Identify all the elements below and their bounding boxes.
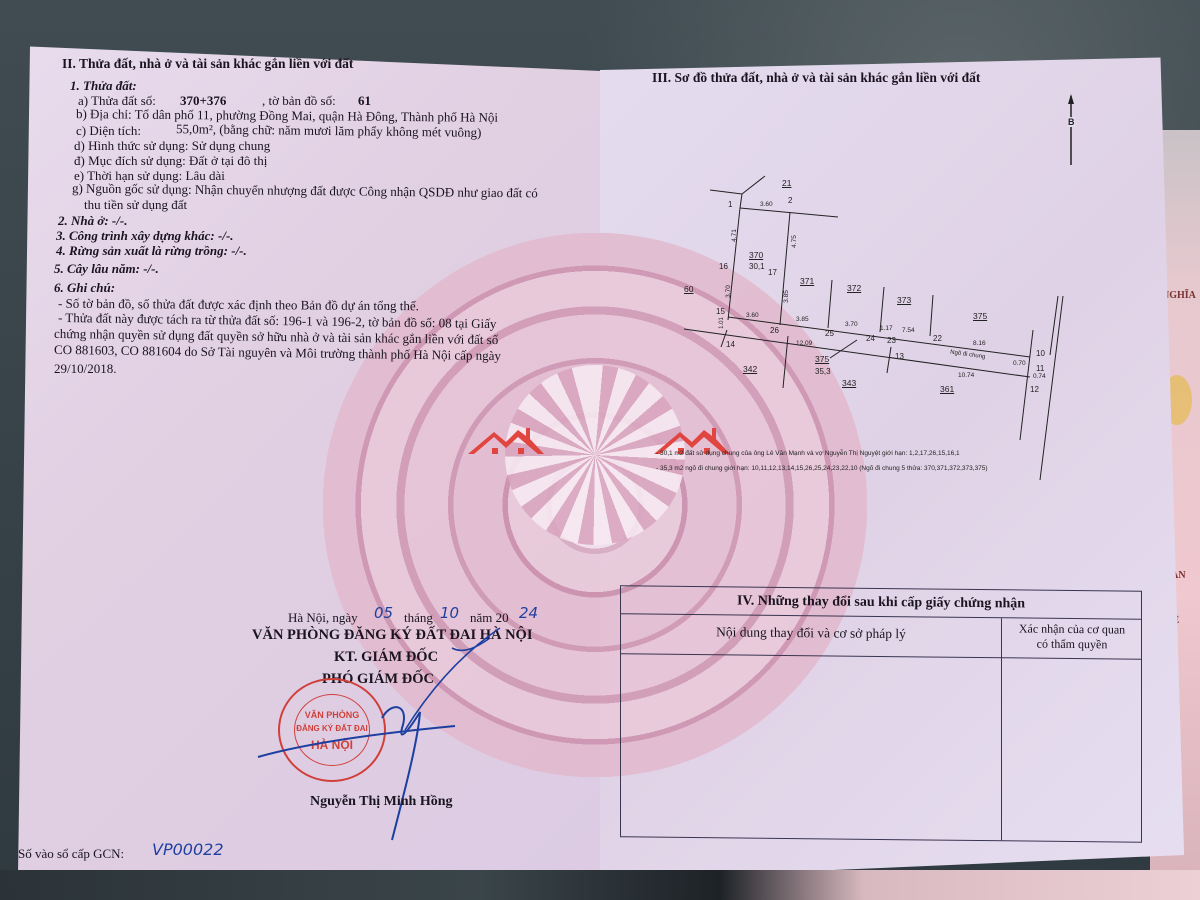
date-year: 24 [519, 606, 538, 621]
stamp-line: VĂN PHÒNG [280, 710, 384, 720]
parcel-heading: 1. Thửa đất: [70, 78, 137, 93]
stamp-line: ĐĂNG KÝ ĐẤT ĐAI [280, 724, 384, 733]
point-label: 10 [1036, 349, 1045, 358]
point-label: 22 [933, 334, 942, 343]
column-header-changes: Nội dung thay đổi và cơ sở pháp lý [621, 623, 1001, 643]
issuing-office: VĂN PHÒNG ĐĂNG KÝ ĐẤT ĐAI HÀ NỘI [252, 628, 532, 643]
dimension-label: 3.60 [746, 312, 759, 319]
kt-director: KT. GIÁM ĐỐC [334, 650, 438, 665]
dimension-label: 8.16 [973, 340, 986, 347]
point-label: 16 [719, 262, 728, 271]
parcel-label: 375 [973, 311, 987, 321]
dimension-label: 3.85 [796, 316, 809, 323]
parcel-label: 21 [782, 178, 791, 188]
parcel-area: 30,1 [749, 262, 765, 271]
dimension-label: 7.54 [902, 327, 915, 334]
point-label: 12 [1030, 385, 1039, 394]
diagram-note: - 35,3 m2 ngõ đi chung giới hạn: 10,11,1… [656, 465, 988, 472]
changes-table-header-row: Nội dung thay đổi và cơ sở pháp lý Xác n… [621, 614, 1141, 659]
dimension-label: 3.85 [783, 290, 790, 303]
date-day: 05 [374, 606, 393, 621]
dimension-label: 10.74 [958, 372, 974, 379]
registry-number: VP00022 [152, 842, 224, 857]
dimension-label: 1.01 [719, 317, 725, 329]
dimension-label: 0.70 [1013, 360, 1026, 367]
column-header-line: Xác nhận của cơ quan [1003, 621, 1141, 637]
parcel-label: 372 [847, 283, 861, 293]
point-label: 2 [788, 196, 792, 205]
other-construction-item: 3. Công trình xây dựng khác: -/-. [56, 228, 234, 243]
usage-form: d) Hình thức sử dụng: Sử dụng chung [74, 138, 270, 153]
dimension-label: 4.75 [791, 235, 798, 248]
date-prefix: Hà Nội, ngày [288, 610, 358, 625]
north-label: B [1068, 117, 1075, 127]
forest-item: 4. Rừng sản xuất là rừng trồng: -/-. [56, 243, 247, 258]
section-iii-title: III. Sơ đồ thửa đất, nhà ở và tài sản kh… [652, 70, 980, 85]
dimension-label: 4.71 [731, 229, 738, 242]
parcel-label: 373 [897, 295, 911, 305]
parcel-label: 342 [743, 364, 757, 374]
parcel-label: 375 [815, 354, 829, 364]
usage-origin-cont: thu tiền sử dụng đất [84, 197, 187, 212]
point-label: 13 [895, 352, 904, 361]
column-header-confirmation: Xác nhận của cơ quan có thẩm quyền [1003, 621, 1141, 652]
parcel-label: 361 [940, 384, 954, 394]
dimension-label: 3.60 [760, 201, 773, 208]
parcel-label: 60 [684, 284, 693, 294]
parcel-label: 343 [842, 378, 856, 388]
point-label: 1 [728, 200, 732, 209]
diagram-note: - 30,1 m2 đất sử dụng chung của ông Lê V… [656, 450, 960, 457]
parcel-area: 35,3 [815, 367, 831, 376]
dimension-label: 12.09 [796, 340, 812, 347]
parcel-label: 371 [800, 276, 814, 286]
dimension-label: 3.70 [845, 321, 858, 328]
parcel-number-value: 370+376 [180, 93, 226, 108]
point-label: 25 [825, 329, 834, 338]
point-label: 14 [726, 340, 735, 349]
note-line: 29/10/2018. [54, 361, 116, 376]
map-sheet-label: , tờ bản đồ số: [262, 93, 336, 108]
point-label: 23 [887, 336, 896, 345]
point-label: 17 [768, 268, 777, 277]
map-sheet-value: 61 [358, 93, 371, 108]
column-divider [1001, 618, 1002, 840]
date-month-label: tháng [404, 610, 433, 625]
point-label: 11 [1036, 364, 1044, 373]
point-label: 15 [716, 307, 725, 316]
date-month: 10 [440, 606, 459, 621]
perennial-item: 5. Cây lâu năm: -/-. [54, 261, 159, 276]
point-label: 26 [770, 326, 779, 335]
point-label: 24 [866, 334, 875, 343]
notes-heading: 6. Ghi chú: [54, 280, 115, 295]
registry-label: Số vào sổ cấp GCN: [18, 846, 124, 861]
column-header-line: có thẩm quyền [1003, 636, 1141, 652]
official-stamp: VĂN PHÒNG ĐĂNG KÝ ĐẤT ĐAI HÀ NỘI [278, 678, 386, 782]
dimension-label: 3.70 [725, 285, 732, 298]
dimension-label: 0.74 [1033, 373, 1046, 380]
background-surface-bottom [0, 870, 1200, 900]
dimension-label: 1.17 [880, 325, 893, 332]
section-ii-title: II. Thửa đất, nhà ở và tài sản khác gắn … [62, 56, 353, 71]
area-label: c) Diện tích: [76, 123, 141, 138]
changes-table: IV. Những thay đổi sau khi cấp giấy chứn… [620, 585, 1142, 842]
parcel-label: 370 [749, 250, 763, 260]
house-watermark-icon [466, 424, 546, 460]
stamp-line: HÀ NỘI [280, 738, 384, 752]
signer-name: Nguyễn Thị Minh Hồng [310, 794, 453, 809]
date-year-label: năm 20 [470, 610, 509, 625]
usage-purpose: đ) Mục đích sử dụng: Đất ở tại đô thị [74, 153, 267, 168]
house-item: 2. Nhà ở: -/-. [58, 213, 127, 228]
